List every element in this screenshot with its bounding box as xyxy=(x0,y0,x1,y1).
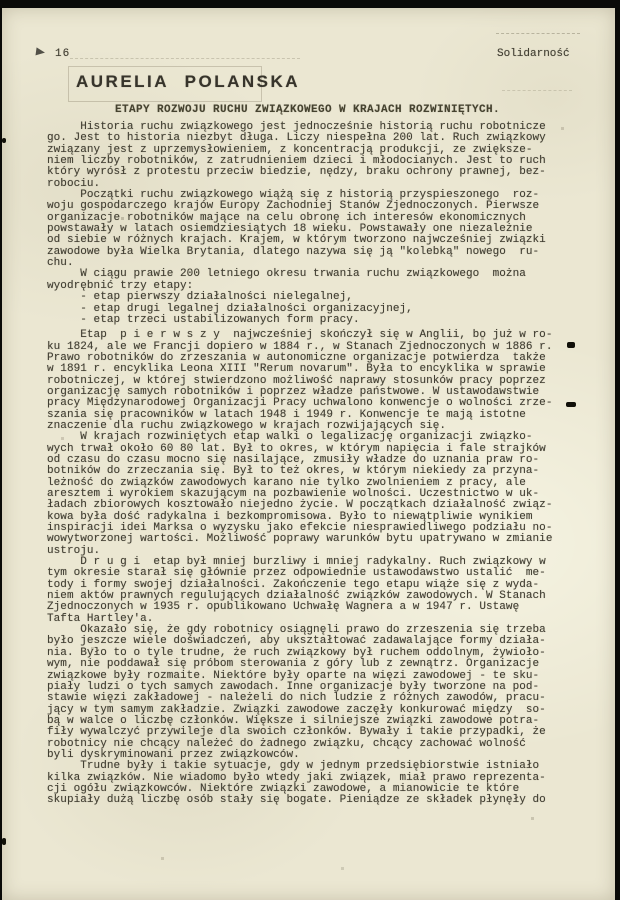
text-line: Etap p i e r w s z y najwcześniej skończ… xyxy=(47,330,587,341)
text-line: go. Jest to historia niezbyt długa. Licz… xyxy=(47,133,587,144)
scan-edge-blob xyxy=(567,342,575,348)
paragraph: W ciągu prawie 200 letniego okresu trwan… xyxy=(47,269,587,326)
paragraph: W krajach rozwiniętych etap walki o lega… xyxy=(47,432,587,557)
text-line: w 1891 r. encyklika Leona XIII "Rerum no… xyxy=(47,364,587,375)
pencil-dash-line xyxy=(70,58,300,59)
pencil-dash-line xyxy=(502,90,572,91)
scan-edge-blob xyxy=(2,138,6,143)
paper-sheet: 16 Solidarność AURELIA POLANSKA ETAPY RO… xyxy=(2,8,615,900)
text-line: - etap trzeci ustabilizowanych form prac… xyxy=(47,315,587,326)
text-line: zawodowe była Wielka Brytania, dlatego n… xyxy=(47,247,587,258)
paragraph: Historia ruchu związkowego jest jednocze… xyxy=(47,122,587,190)
text-line: botników do zrzeczania się. Był to też o… xyxy=(47,466,587,477)
text-line: wym, nie poddawał się próbom sterowania … xyxy=(47,659,587,670)
text-line: fiły wywalczyć przywileje dla swoich czł… xyxy=(47,727,587,738)
paragraph: Okazało się, że gdy robotnicy osiągnęli … xyxy=(47,625,587,761)
scan-edge-blob xyxy=(566,402,576,407)
paragraph: D r u g i etap był mniej burzliwy i mnie… xyxy=(47,557,587,625)
scanned-document-page: 16 Solidarność AURELIA POLANSKA ETAPY RO… xyxy=(0,0,620,900)
paragraph: Trudne były i takie sytuacje, gdy w jedn… xyxy=(47,761,587,806)
text-line: pracy Międzynarodowej Organizacji Pracy … xyxy=(47,398,587,409)
arrow-mark-icon xyxy=(35,47,45,56)
text-line: wowytworzonej wartości. Możliwość popraw… xyxy=(47,534,587,545)
page-number: 16 xyxy=(55,48,70,60)
text-line: Trudne były i takie sytuacje, gdy w jedn… xyxy=(47,761,587,772)
paragraph: Początki ruchu związkowego wiążą się z h… xyxy=(47,190,587,269)
text-line: stawie więzi zakładowej - należeli do ni… xyxy=(47,693,587,704)
body-text: Historia ruchu związkowego jest jednocze… xyxy=(47,122,587,807)
paper-specks xyxy=(2,8,3,9)
paragraph: Etap p i e r w s z y najwcześniej skończ… xyxy=(47,330,587,432)
text-line: W krajach rozwiniętych etap walki o lega… xyxy=(47,432,587,443)
header-publication-name: Solidarność xyxy=(497,48,570,60)
text-line: ładach zbiorowych kosztowało niejedno ży… xyxy=(47,500,587,511)
pencil-dash-line xyxy=(496,33,580,34)
text-line: - etap pierwszy działalności nielegalnej… xyxy=(47,292,587,303)
text-line: skupiały dużą liczbę osób stały się boga… xyxy=(47,795,587,806)
scan-edge-blob xyxy=(2,838,6,845)
author-name: AURELIA POLANSKA xyxy=(76,72,300,92)
text-line: który wyrósł z protestu przeciw biedzie,… xyxy=(47,167,587,178)
document-title: ETAPY ROZWOJU RUCHU ZWIĄZKOWEGO W KRAJAC… xyxy=(115,104,500,116)
